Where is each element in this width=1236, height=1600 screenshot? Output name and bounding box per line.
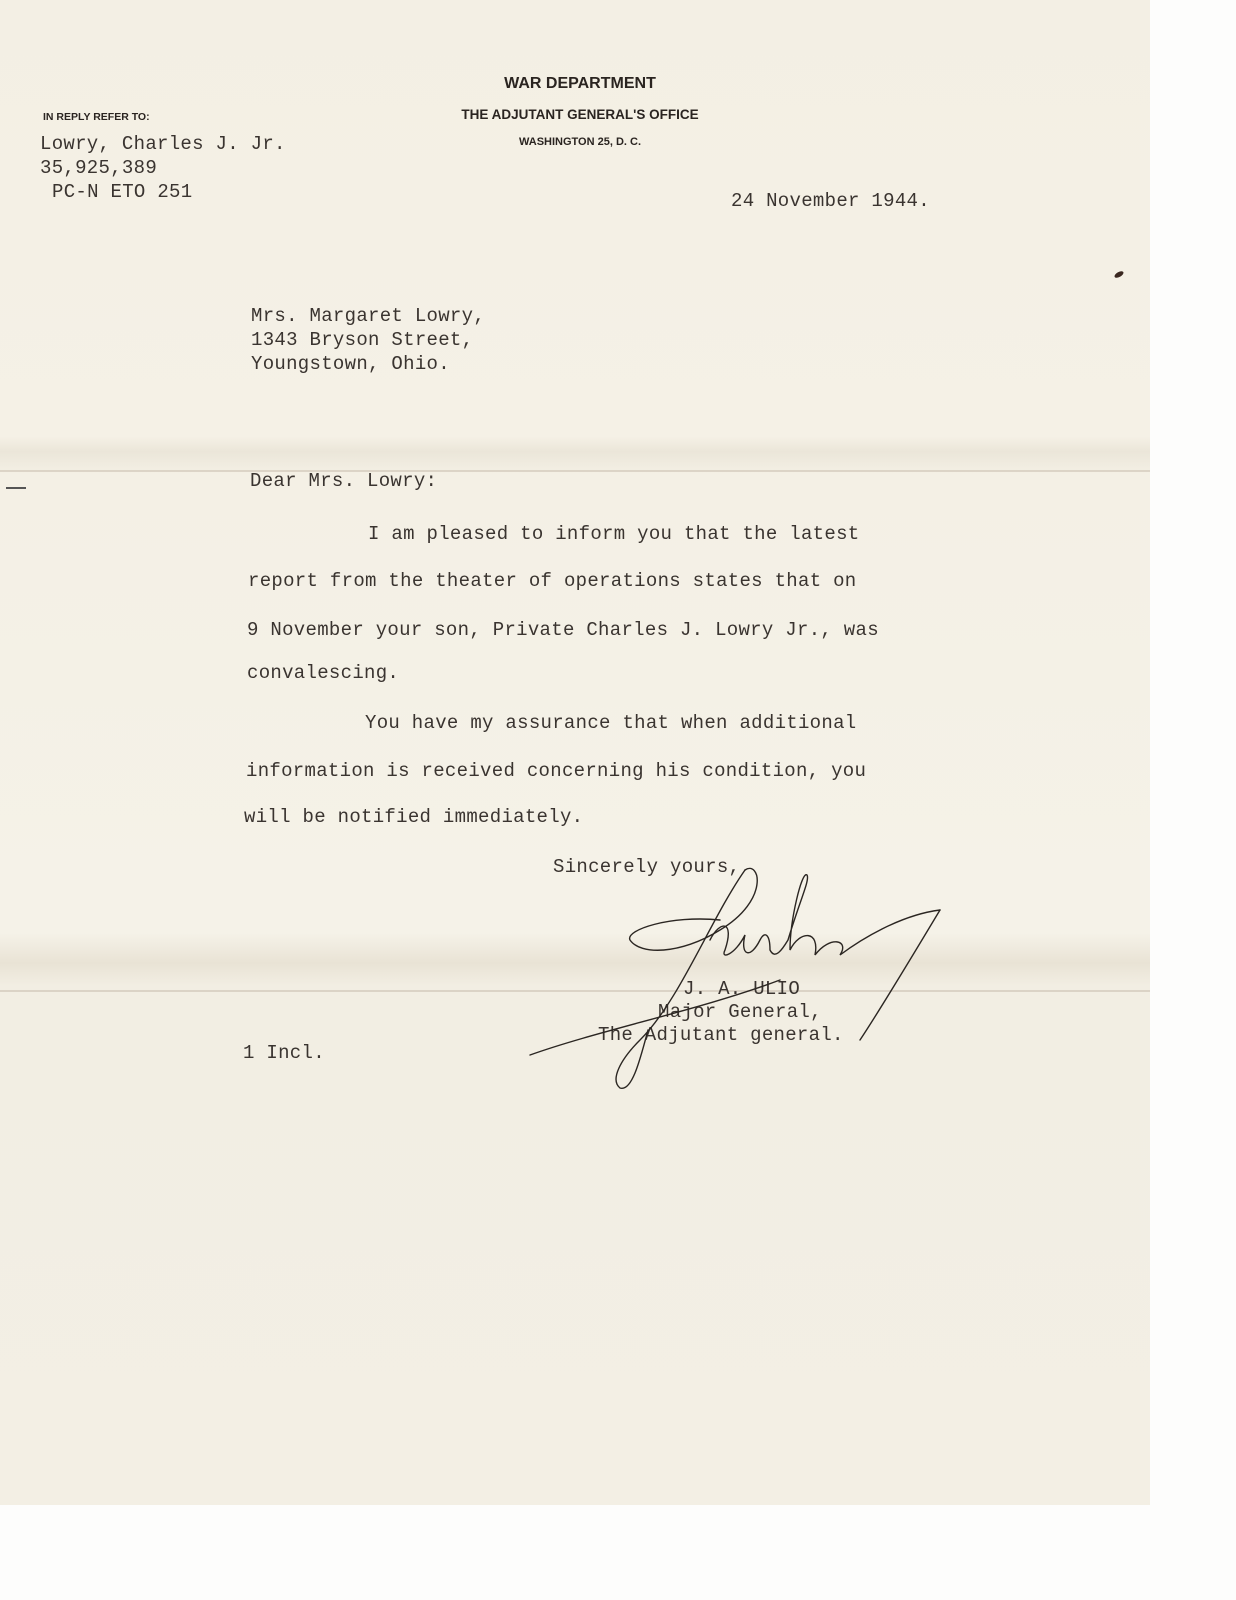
recipient-line-2: 1343 Bryson Street, (251, 329, 473, 351)
reference-code: PC-N ETO 251 (52, 181, 192, 203)
reply-refer-label: IN REPLY REFER TO: (43, 111, 150, 123)
margin-dash (6, 487, 26, 489)
handwritten-signature-icon (520, 860, 960, 1100)
fold-line-upper (0, 470, 1150, 472)
letter-paper: WAR DEPARTMENT THE ADJUTANT GENERAL'S OF… (0, 0, 1150, 1505)
body-p1-line-2: report from the theater of operations st… (248, 570, 857, 592)
salutation: Dear Mrs. Lowry: (250, 470, 437, 492)
body-p1-line-1: I am pleased to inform you that the late… (368, 523, 859, 545)
letter-date: 24 November 1944. (731, 190, 930, 212)
body-p1-line-3: 9 November your son, Private Charles J. … (247, 619, 879, 641)
body-p1-line-4: convalescing. (247, 662, 399, 684)
letterhead-office: THE ADJUTANT GENERAL'S OFFICE (410, 107, 750, 122)
recipient-line-3: Youngstown, Ohio. (251, 353, 450, 375)
body-p2-line-2: information is received concerning his c… (246, 760, 866, 782)
ink-mark (1113, 270, 1124, 279)
letterhead-location: WASHINGTON 25, D. C. (470, 136, 690, 148)
body-p2-line-1: You have my assurance that when addition… (365, 712, 856, 734)
reference-name: Lowry, Charles J. Jr. (40, 133, 286, 155)
letterhead-department: WAR DEPARTMENT (420, 75, 740, 93)
body-p2-line-3: will be notified immediately. (244, 806, 583, 828)
recipient-line-1: Mrs. Margaret Lowry, (251, 305, 485, 327)
reference-serial: 35,925,389 (40, 157, 157, 179)
enclosure-note: 1 Incl. (243, 1042, 325, 1064)
